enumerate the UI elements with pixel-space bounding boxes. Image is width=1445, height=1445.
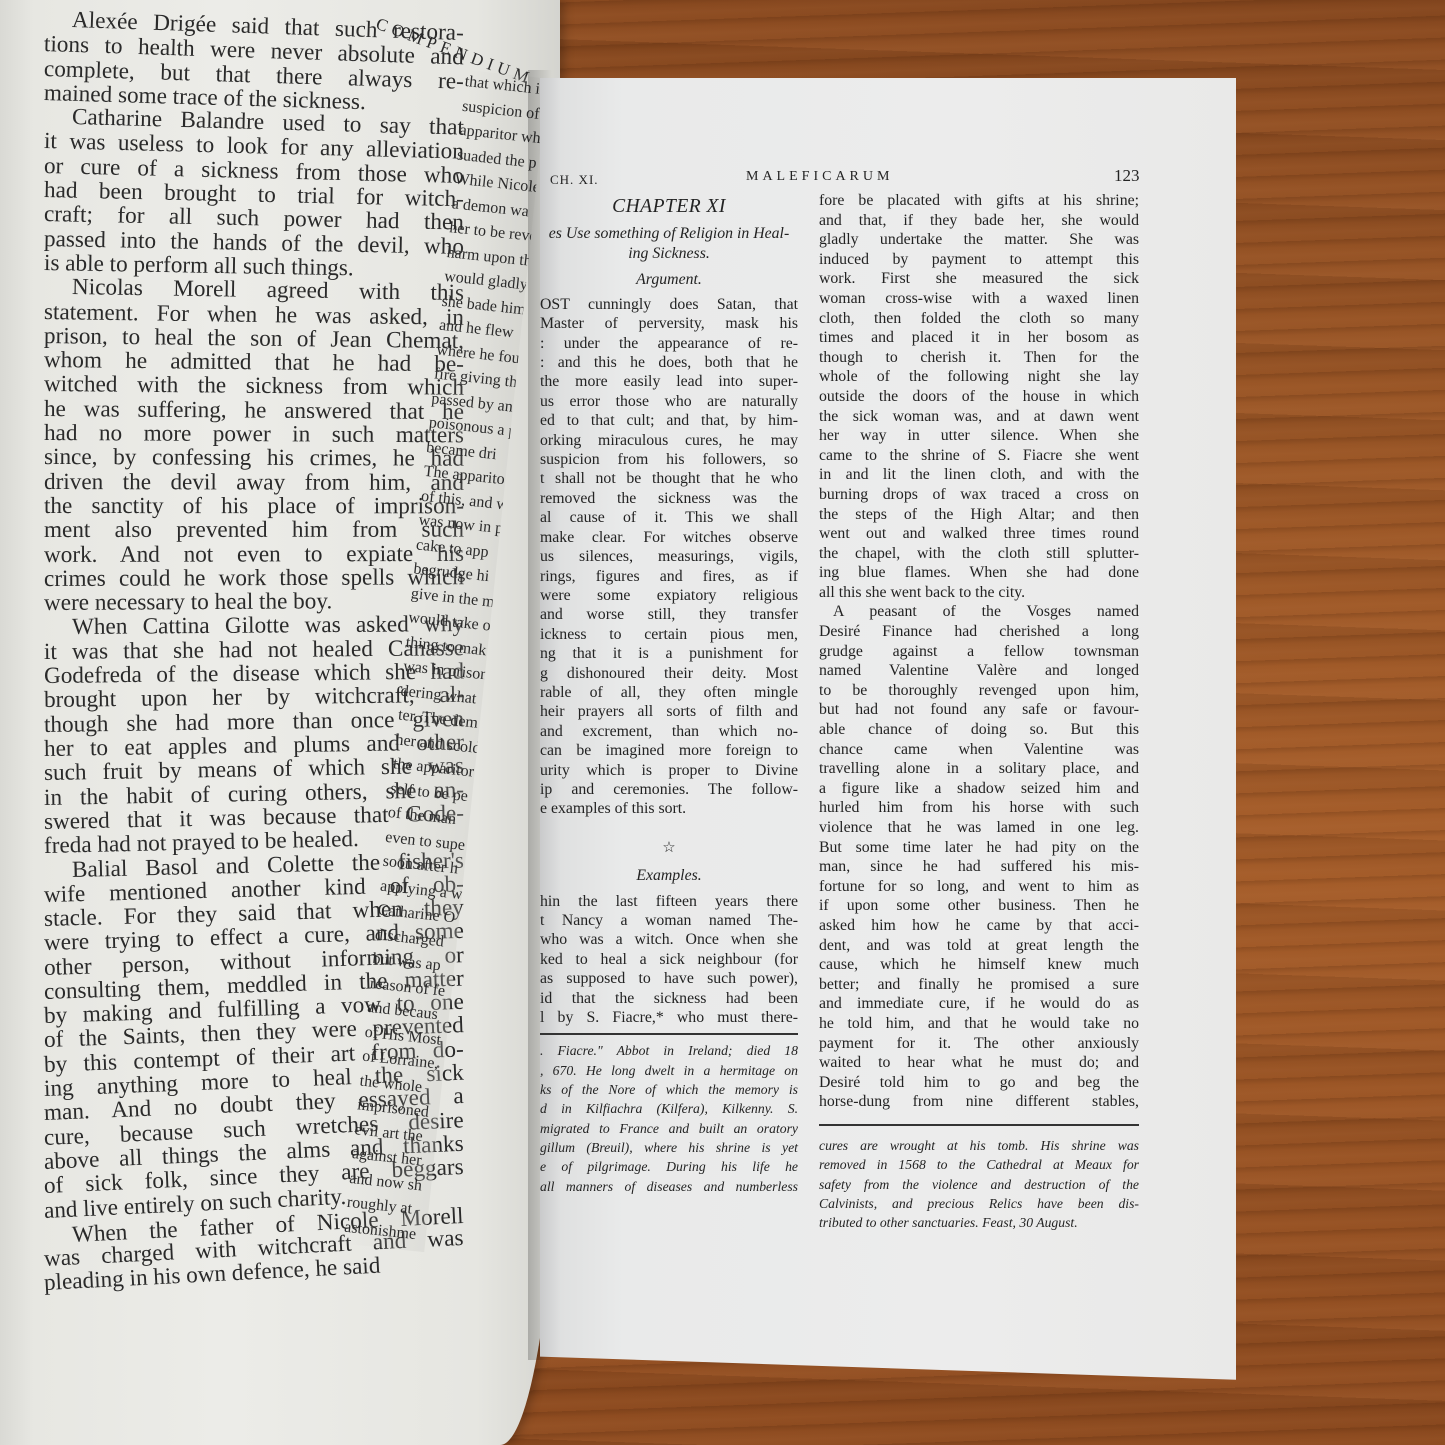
column-b-line: violence that he was lamed in one leg. <box>819 818 1139 838</box>
argument-heading: Argument. <box>540 270 798 289</box>
argument-line: and excrement, than which no- <box>540 722 798 741</box>
column-b-line: hurled him from his horse with such <box>819 798 1139 818</box>
examples-line: l by S. Fiacre,* who must there- <box>540 1008 798 1027</box>
column-b-line: the steps of the High Altar; and then <box>819 505 1139 525</box>
right-page-column-b: fore be placated with gifts at his shrin… <box>819 191 1139 1232</box>
column-b-line: woman cross-wise with a waxed linen <box>819 289 1139 309</box>
column-b-line: a figure like a shadow seized him and <box>819 779 1139 799</box>
column-b-line: cloth, then folded the cloth so many <box>819 309 1139 329</box>
footnote-line: e of pilgrimage. During his life he <box>540 1157 798 1176</box>
footnote-right: cures are wrought at his tomb. His shrin… <box>819 1136 1139 1232</box>
argument-line: and worse still, they transfer <box>540 605 798 624</box>
column-b-line: fore be placated with gifts at his shrin… <box>819 191 1139 211</box>
column-b-line: man, since he had suffered his mis- <box>819 857 1139 877</box>
argument-line: urity which is proper to Divine <box>540 761 798 780</box>
column-b-line: work. First she measured the sick <box>819 269 1139 289</box>
argument-line: the more easily lead into super- <box>540 372 798 391</box>
footnote-rule <box>819 1124 1139 1126</box>
column-b-line: times and placed it in her bosom as <box>819 328 1139 348</box>
argument-line: OST cunningly does Satan, that <box>540 295 798 314</box>
argument-line: were some expiatory religious <box>540 586 798 605</box>
argument-line: g dishonoured their deity. Most <box>540 664 798 683</box>
column-b-line: better; and finally he promised a sure <box>819 975 1139 995</box>
column-b-line: if upon some other business. Then he <box>819 896 1139 916</box>
column-b-line: gladly undertake the matter. She was <box>819 230 1139 250</box>
argument-line: rable of all, they often mingle <box>540 683 798 702</box>
footnote-line: cures are wrought at his tomb. His shrin… <box>819 1136 1139 1155</box>
column-b-line: Desiré Finance had cherished a long <box>819 622 1139 642</box>
argument-line: suspicion from his followers, so <box>540 450 798 469</box>
column-b-line: and that, if they bade her, she would <box>819 211 1139 231</box>
footnote-line: ks of the Nore of which the memory is <box>540 1080 798 1099</box>
left-page-line: work. And not even to expiate his <box>44 541 464 566</box>
column-b-line: cause, which he himself knew much <box>819 955 1139 975</box>
footnote-line: gillum (Breuil), where his shrine is yet <box>540 1138 798 1157</box>
argument-line: al cause of it. This we shall <box>540 508 798 527</box>
footnote-line: all manners of diseases and numberless <box>540 1177 798 1196</box>
examples-text: hin the last fifteen years theret Nancy … <box>540 892 798 1028</box>
column-b-line: though to cherish it. Then for the <box>819 348 1139 368</box>
footnote-line: migrated to France and built an oratory <box>540 1119 798 1138</box>
page-number: 123 <box>1114 166 1140 186</box>
argument-line: ip and ceremonies. The follow- <box>540 780 798 799</box>
argument-line: can be imagined more foreign to <box>540 741 798 760</box>
argument-line: removed the sickness was the <box>540 489 798 508</box>
examples-line: id that the sickness had been <box>540 989 798 1008</box>
chapter-subtitle-line: ing Sickness. <box>540 244 798 264</box>
argument-text: OST cunningly does Satan, thatMaster of … <box>540 295 798 819</box>
chapter-subtitle-line: es Use something of Religion in Heal- <box>540 224 798 244</box>
column-b-line: to be thoroughly revenged upon him, <box>819 681 1139 701</box>
left-page-line: crimes could he work those spells which <box>44 565 464 591</box>
column-b-line: grudge against a fellow townsman <box>819 642 1139 662</box>
column-b-line: outside the doors of the house in which <box>819 387 1139 407</box>
column-b-line: horse-dung from nine different stables, <box>819 1092 1139 1112</box>
argument-line: make clear. For witches observe <box>540 528 798 547</box>
footnote-line: , 670. He long dwelt in a hermitage on <box>540 1061 798 1080</box>
argument-line: ng that it is a punishment for <box>540 644 798 663</box>
examples-line: who was a witch. Once when she <box>540 930 798 949</box>
left-page-line: the sanctity of his place of imprison- <box>44 494 464 519</box>
argument-line: us silences, measurings, vigils, <box>540 547 798 566</box>
column-b-line: in and lit the linen cloth, and with the <box>819 465 1139 485</box>
right-page: CH. XI. MALEFICARUM 123 CHAPTER XI es Us… <box>540 78 1236 1444</box>
examples-heading: Examples. <box>540 866 798 885</box>
argument-line: heir prayers all sorts of filth and <box>540 702 798 721</box>
column-b-line: A peasant of the Vosges named <box>819 602 1139 622</box>
examples-line: as supposed to have such power), <box>540 969 798 988</box>
argument-line: : under the appearance of re- <box>540 334 798 353</box>
chapter-heading: CHAPTER XI <box>540 197 798 216</box>
argument-line: ickness to certain pious men, <box>540 625 798 644</box>
examples-line: ked to heal a sick neighbour (for <box>540 950 798 969</box>
argument-line: t shall not be thought that he who <box>540 469 798 488</box>
column-b-text: fore be placated with gifts at his shrin… <box>819 191 1139 1112</box>
right-page-column-a: CHAPTER XI es Use something of Religion … <box>540 191 798 1196</box>
argument-line: e examples of this sort. <box>540 799 798 818</box>
argument-line: Master of perversity, mask his <box>540 314 798 333</box>
column-b-line: induced by payment to attempt this <box>819 250 1139 270</box>
argument-line: orking miraculous cures, he may <box>540 431 798 450</box>
column-b-line: came to the shrine of S. Fiacre she went <box>819 446 1139 466</box>
column-b-line: but had not found any safe or favour- <box>819 700 1139 720</box>
column-b-line: the chapel, with the cloth still splutte… <box>819 544 1139 564</box>
column-b-line: her way in utter silence. When she <box>819 426 1139 446</box>
column-b-line: the sick woman was, and at dawn went <box>819 407 1139 427</box>
column-b-line: and immediate cure, if he would do as <box>819 994 1139 1014</box>
left-page-line: ment also prevented him from such <box>44 518 464 543</box>
chapter-marker: CH. XI. <box>550 172 599 188</box>
left-page-line: since, by confessing his crimes, he had <box>44 445 464 471</box>
examples-line: hin the last fifteen years there <box>540 892 798 911</box>
column-b-line: named Valentine Valère and longed <box>819 661 1139 681</box>
column-b-line: waited to hear what he must do; and <box>819 1053 1139 1073</box>
column-b-line: Desiré told him to go and beg the <box>819 1073 1139 1093</box>
running-title: MALEFICARUM <box>746 169 893 185</box>
footnote-line: . Fiacre." Abbot in Ireland; died 18 <box>540 1041 798 1060</box>
argument-line: ed to that cult; and that, by him- <box>540 411 798 430</box>
footnote-line: safety from the violence and destruction… <box>819 1175 1139 1194</box>
argument-line: : and this he does, both that he <box>540 353 798 372</box>
column-b-line: able chance of doing so. But this <box>819 720 1139 740</box>
left-page-line: driven the devil away from him, and <box>44 470 464 495</box>
footnote-line: removed in 1568 to the Cathedral at Meau… <box>819 1155 1139 1174</box>
examples-line: t Nancy a woman named The- <box>540 911 798 930</box>
column-b-line: asked him how he came by that acci- <box>819 916 1139 936</box>
footnote-line: Calvinists, and precious Relics have bee… <box>819 1194 1139 1213</box>
column-b-line: dent, and was told at great length the <box>819 936 1139 956</box>
star-ornament-icon: ☆ <box>540 839 798 858</box>
column-b-line: ing blue flames. When she had done <box>819 563 1139 583</box>
column-b-line: went out and walked three times round <box>819 524 1139 544</box>
column-b-line: But some time later he had pity on the <box>819 838 1139 858</box>
column-b-line: fortune for so long, and went to him as <box>819 877 1139 897</box>
footnote-rule <box>540 1033 798 1035</box>
column-b-line: whole of the following night she lay <box>819 367 1139 387</box>
argument-line: us error those who are naturally <box>540 392 798 411</box>
column-b-line: travelling alone in a solitary place, an… <box>819 759 1139 779</box>
footnote-left: . Fiacre." Abbot in Ireland; died 18, 67… <box>540 1041 798 1195</box>
column-b-line: burning drops of wax traced a cross on <box>819 485 1139 505</box>
left-page: COMPENDIUM Alexée Drigée said that such … <box>0 0 560 1445</box>
argument-line: rings, figures and fires, as if <box>540 567 798 586</box>
column-b-line: payment for it. The other anxiously <box>819 1034 1139 1054</box>
column-b-line: he told him, and that he would take no <box>819 1014 1139 1034</box>
footnote-line: d in Kilfiachra (Kilfera), Kilkenny. S. <box>540 1099 798 1118</box>
column-b-line: all this she went back to the city. <box>819 583 1139 603</box>
column-b-line: chance came when Valentine was <box>819 740 1139 760</box>
chapter-subtitle: es Use something of Religion in Heal- in… <box>540 224 798 264</box>
footnote-line: tributed to other sanctuaries. Feast, 30… <box>819 1213 1139 1232</box>
